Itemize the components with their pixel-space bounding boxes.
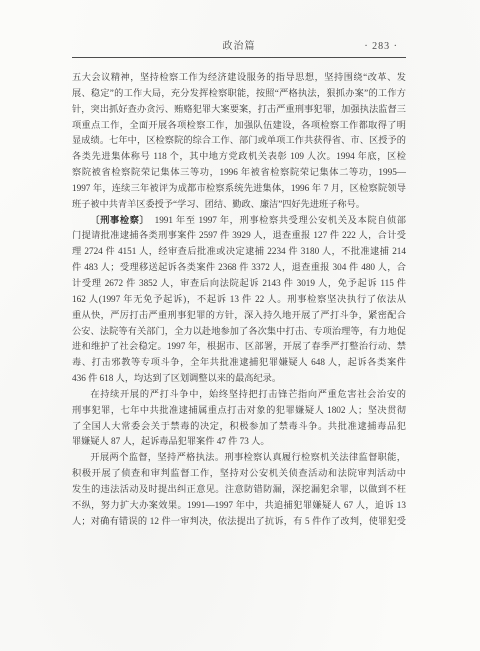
text-line: 积极开展了侦查和审判监督工作，坚持对公安机关侦查活动和法院审判活动中 [72,466,406,482]
text-line: 项重点工作，全面开展各项检察工作，加强队伍建设，各项检察工作都取得了明 [72,118,406,134]
section-title: 政治篇 [72,40,406,54]
document-body: 五大会议精神，坚持检察工作为经济建设服务的指导思想，坚持围绕“改革、发展、稳定”… [72,70,406,529]
text-line: 罪嫌疑人 87 人，起诉毒品犯罪案件 47 件 73 人。 [72,434,406,450]
text-line: 〔刑事检察〕 1991 年至 1997 年，刑事检察共受理公安机关及本院自侦部 [72,213,406,229]
scanned-book-page: 政治篇 · 283 · 五大会议精神，坚持检察工作为经济建设服务的指导思想，坚持… [0,0,480,651]
paragraph: 五大会议精神，坚持检察工作为经济建设服务的指导思想，坚持围绕“改革、发展、稳定”… [72,70,406,213]
text-line: 门提请批准逮捕各类刑事案件 2597 件 3929 人，退查重报 127 件 2… [72,228,406,244]
text-line: 公安、法院等有关部门，全力以赴地参加了各次集中打击、专项治理等，有力地促 [72,324,406,340]
text-line: 各类先进集体称号 118 个，其中地方党政机关表彰 109 人次。1994 年底… [72,149,406,165]
header-rule [72,57,406,58]
text-line: 五大会议精神，坚持检察工作为经济建设服务的指导思想，坚持围绕“改革、发 [72,70,406,86]
page-number: · 283 · [364,40,398,54]
text-line: 1997 年，连续三年被评为成都市检察系统先进集体，1996 年 7 月，区检察… [72,181,406,197]
text-line: 重从快，严厉打击严重刑事犯罪的方针，深入持久地开展了严打斗争，紧密配合 [72,308,406,324]
text-line: 刑事犯罪，七年中共批准逮捕属重点打击对象的犯罪嫌疑人 1802 人；坚决贯彻 [72,403,406,419]
section-label: 〔刑事检察〕 [90,215,144,225]
text-line: 在持续开展的严打斗争中，始终坚持把打击锋芒指向严重危害社会治安的 [72,387,406,403]
text-line: 班子被中共青羊区委授予“学习、团结、勤政、廉洁”四好先进班子称号。 [72,197,406,213]
text-line: 计受理 2672 件 3852 人，审查后向法院起诉 2143 件 3019 人… [72,276,406,292]
paragraph: 开展两个监督，坚持严格执法。刑事检察认真履行检察机关法律监督职能，积极开展了侦查… [72,450,406,529]
text-line: 436 件 618 人，均达到了区划调整以来的最高纪录。 [72,371,406,387]
text-line: 显成绩。七年中，区检察院的综合工作、部门或单项工作共获得省、市、区授予的 [72,133,406,149]
text-line: 展、稳定”的工作大局，充分发挥检察职能，按照“严格执法，狠抓办案”的工作方 [72,86,406,102]
paragraph: 在持续开展的严打斗争中，始终坚持把打击锋芒指向严重危害社会治安的刑事犯罪，七年中… [72,387,406,450]
text-line: 察院被省检察院荣记集体三等功，1996 年被省检察院荣记集体二等功，1995— [72,165,406,181]
text-line: 进和维护了社会稳定。1997 年，根据市、区部署，开展了春季严打整治行动、禁 [72,339,406,355]
text-line: 不纵，努力扩大办案效果。1991—1997 年中，共追捕犯罪嫌疑人 67 人，追… [72,498,406,514]
text-line: 针，突出抓好查办贪污、贿赂犯罪大案要案，打击严重刑事犯罪，加强执法监督三 [72,102,406,118]
paragraph: 〔刑事检察〕 1991 年至 1997 年，刑事检察共受理公安机关及本院自侦部门… [72,213,406,387]
text-line: 162 人(1997 年无免予起诉)，不起诉 13 件 22 人。刑事检察坚决执… [72,292,406,308]
text-line: 毒、打击邪教等专项斗争，全年共批准逮捕犯罪嫌疑人 648 人，起诉各类案件 [72,355,406,371]
text-line: 开展两个监督，坚持严格执法。刑事检察认真履行检察机关法律监督职能， [72,450,406,466]
text-line: 人；对确有错误的 12 件一审判决，依法提出了抗诉，有 5 件作了改判，使罪犯受 [72,514,406,530]
text-line: 件 483 人；受理移送起诉各类案件 2368 件 3372 人，退查重报 30… [72,260,406,276]
text-line: 了全国人大常委会关于禁毒的决定，积极参加了禁毒斗争。共批准逮捕毒品犯 [72,419,406,435]
text-line: 发生的违法活动及时提出纠正意见。注意防错防漏，深挖漏犯余罪，以做到不枉 [72,482,406,498]
page-header: 政治篇 · 283 · [72,40,406,56]
text-line: 理 2724 件 4151 人，经审查后批准或决定逮捕 2234 件 3180 … [72,244,406,260]
